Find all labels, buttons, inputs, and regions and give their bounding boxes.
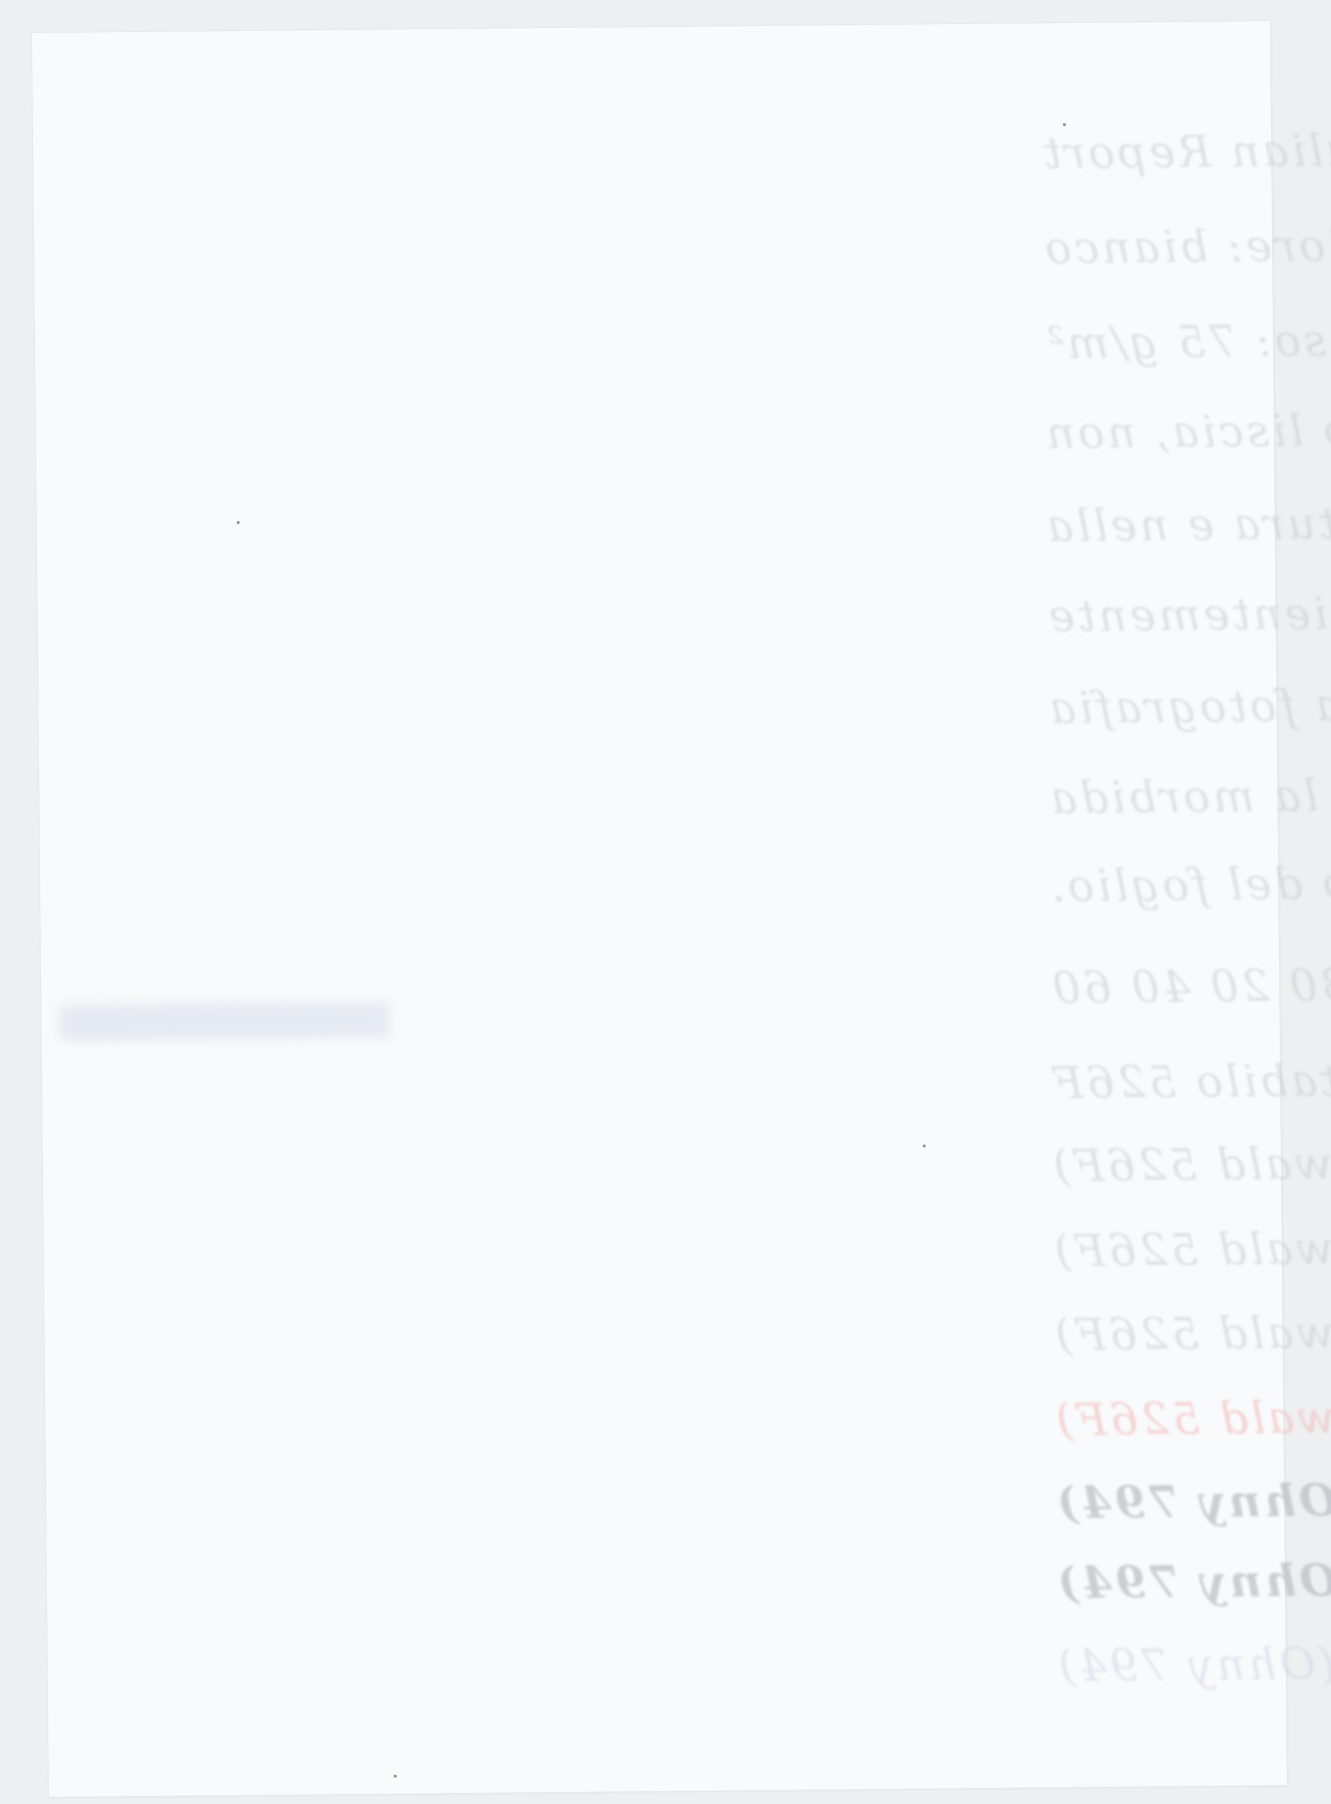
highlighter-smear [59,1002,389,1041]
handwritten-line: perfetta nella spianatura e nella [1045,493,1331,552]
handwritten-line: Pelikan 1001 Königsblau (Rennwald 526F) [1052,1216,1331,1277]
handwritten-line: tempi di asciugatura 10 30 20 40 60 [1049,954,1331,1014]
handwritten-line: Parker Quink (Rennwald 526F) [1052,1303,1331,1361]
handwritten-line-dark-ink: Pelikan 1001 (Ohny 794) [1054,1472,1331,1530]
handwritten-line: RSK nero ink Schwan Stabilo 526F [1050,1050,1331,1109]
handwritten-line: trasparente per vedere una fotografia [1046,674,1331,734]
scanned-paper-sheet: Italian Report formato: A4 colore: bianc… [32,21,1287,1797]
handwritten-line: trasparenza, non sufficientemente [1045,583,1331,642]
handwritten-line: sul retro del foglio. [1048,857,1331,913]
handwritten-line: RSK Schraffierte Stabilo (Rennwald 526F) [1051,1131,1331,1192]
handwritten-line-red-ink: RSK Schraffierte Marrone (Rennwald 526F) [1053,1385,1331,1447]
dust-speck [923,1144,926,1147]
handwritten-line: formato: A4 colore: bianco [1042,217,1331,274]
dust-speck [394,1775,397,1778]
handwritten-line-dark-ink: RSK scattone (Ohny 794) [1055,1552,1331,1610]
dust-speck [237,521,240,524]
handwritten-line: in trasparenza — consistenza la morbida [1047,763,1331,824]
dust-speck [1063,123,1066,126]
handwritten-line: peso: 75 g/m² [1043,315,1331,369]
handwritten-line-title: Italian Report [1041,125,1331,179]
handwritten-line: Carta patinata, molto liscia, non [1044,400,1331,459]
handwritten-line-blue-ink: RSK nero ink (Ohny 794) [1055,1635,1331,1692]
